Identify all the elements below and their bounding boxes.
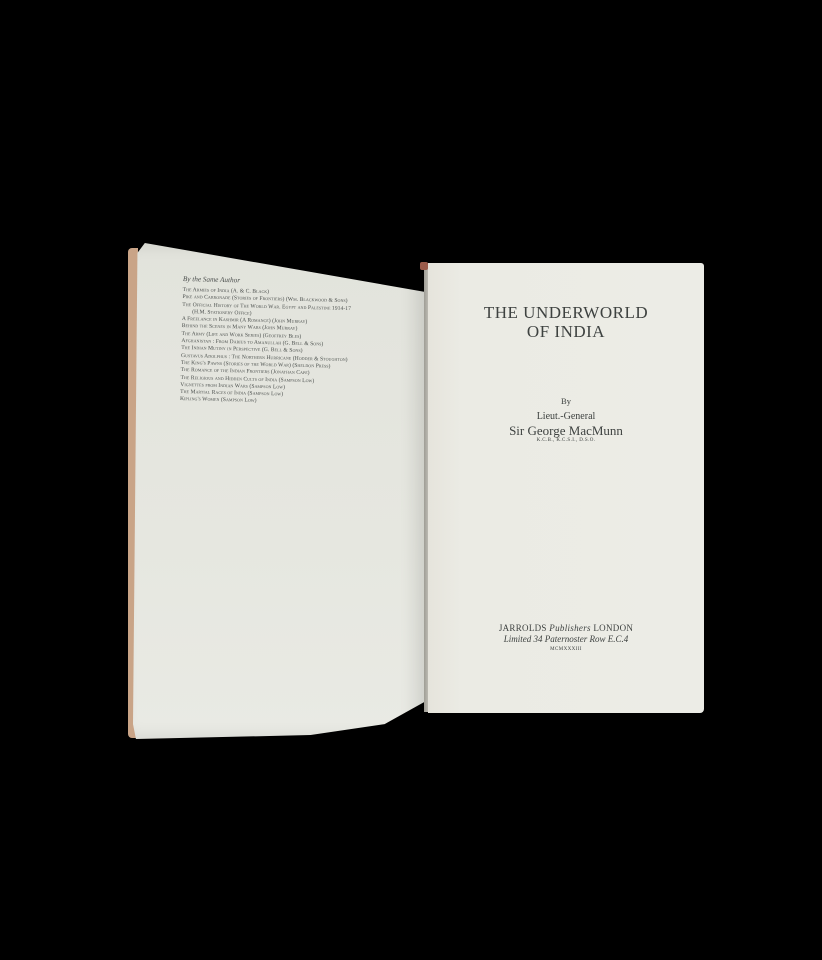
publisher-city: LONDON: [593, 623, 633, 633]
book-title-line2: OF INDIA: [428, 322, 704, 342]
publisher-word: Publishers: [549, 623, 591, 633]
other-works-heading: By the Same Author: [183, 275, 423, 289]
other-works-list: By the Same Author The Armies of India (…: [180, 275, 423, 410]
publisher-address: Limited 34 Paternoster Row E.C.4: [428, 634, 704, 644]
publication-year: MCMXXXIII: [428, 647, 704, 652]
author-rank: Lieut.-General: [428, 411, 704, 422]
author-honours: K.C.B., K.C.S.I., D.S.O.: [428, 438, 704, 443]
publisher-name: JARROLDS: [499, 623, 547, 633]
publisher-line: JARROLDS Publishers LONDON: [428, 623, 704, 633]
spine-corner: [420, 262, 428, 270]
book-title-line1: THE UNDERWORLD: [428, 303, 704, 323]
open-book: By the Same Author The Armies of India (…: [0, 0, 822, 960]
author-name: Sir George MacMunn: [428, 423, 704, 439]
by-label: By: [428, 396, 704, 406]
